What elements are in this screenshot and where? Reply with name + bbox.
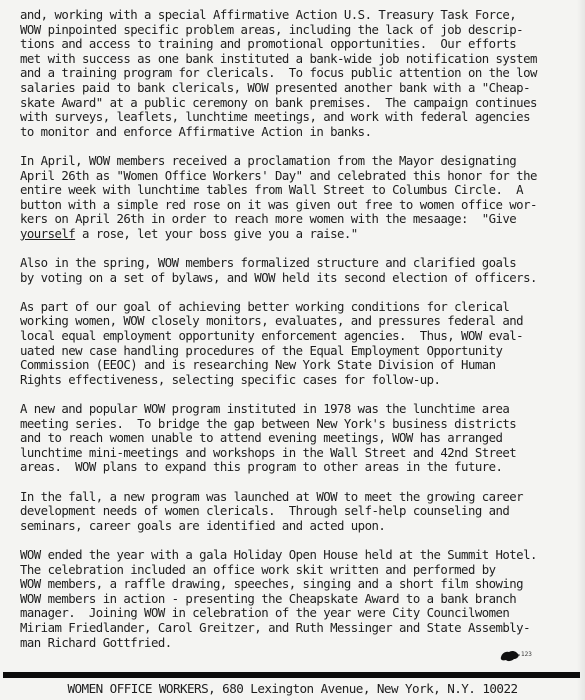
text-line: As part of our goal of achieving better …	[20, 300, 569, 315]
text-line: and to reach women unable to attend even…	[20, 431, 569, 446]
text-line: Also in the spring, WOW members formaliz…	[20, 256, 569, 271]
text-line: button with a simple red rose on it was …	[20, 198, 569, 213]
paragraph: A new and popular WOW program instituted…	[20, 402, 580, 475]
paragraph: In the fall, a new program was launched …	[20, 490, 580, 534]
footer-address: WOMEN OFFICE WORKERS, 680 Lexington Aven…	[0, 681, 585, 696]
paragraph: As part of our goal of achieving better …	[20, 300, 580, 388]
text-line: to monitor and enforce Affirmative Actio…	[20, 125, 569, 140]
text-line: skate Award" at a public ceremony on ban…	[20, 96, 569, 111]
text-line: WOW pinpointed specific problem areas, i…	[20, 23, 569, 38]
page-mark: 123	[521, 651, 532, 658]
text-line: tions and access to training and promoti…	[20, 37, 569, 52]
paragraph: WOW ended the year with a gala Holiday O…	[20, 548, 580, 650]
text-line: manager. Joining WOW in celebration of t…	[20, 606, 569, 621]
text-line: Commission (EEOC) and is researching New…	[20, 358, 569, 373]
text-line: In April, WOW members received a proclam…	[20, 154, 569, 169]
line-rest: a rose, let your boss give you a raise."	[75, 226, 358, 241]
text-line: seminars, career goals are identified an…	[20, 519, 569, 534]
text-line: April 26th as "Women Office Workers' Day…	[20, 169, 569, 184]
text-line: man Richard Gottfried.	[20, 636, 569, 651]
text-line: WOW members, a raffle drawing, speeches,…	[20, 577, 569, 592]
text-line: lunchtime mini-meetings and workshops in…	[20, 446, 569, 461]
text-line: development needs of women clericals. Th…	[20, 504, 569, 519]
text-line: with surveys, leaflets, lunchtime meetin…	[20, 110, 569, 125]
text-line: uated new case handling procedures of th…	[20, 344, 569, 359]
text-line: entire week with lunchtime tables from W…	[20, 183, 569, 198]
text-line: Miriam Friedlander, Carol Greitzer, and …	[20, 621, 569, 636]
text-line: yourself a rose, let your boss give you …	[20, 227, 569, 242]
text-line: kers on April 26th in order to reach mor…	[20, 212, 569, 227]
text-line: Rights effectiveness, selecting specific…	[20, 373, 569, 388]
document-body: and, working with a special Affirmative …	[20, 8, 580, 665]
text-line: by voting on a set of bylaws, and WOW he…	[20, 271, 569, 286]
text-line: areas. WOW plans to expand this program …	[20, 460, 569, 475]
text-line: WOW ended the year with a gala Holiday O…	[20, 548, 569, 563]
text-line: salaries paid to bank clericals, WOW pre…	[20, 81, 569, 96]
paragraph: Also in the spring, WOW members formaliz…	[20, 256, 580, 285]
text-line: WOW members in action - presenting the C…	[20, 592, 569, 607]
text-line: A new and popular WOW program instituted…	[20, 402, 569, 417]
paragraph: In April, WOW members received a proclam…	[20, 154, 580, 242]
text-line: and a training program for clericals. To…	[20, 66, 569, 81]
underlined-word: yourself	[20, 226, 75, 241]
text-line: working women, WOW closely monitors, eva…	[20, 314, 569, 329]
footer-divider	[3, 672, 580, 678]
text-line: In the fall, a new program was launched …	[20, 490, 569, 505]
paragraph: and, working with a special Affirmative …	[20, 8, 580, 139]
text-line: The celebration included an office work …	[20, 563, 569, 578]
text-line: meeting series. To bridge the gap betwee…	[20, 417, 569, 432]
ink-blot-icon	[500, 650, 520, 662]
text-line: local equal employment opportunity enfor…	[20, 329, 569, 344]
text-line: and, working with a special Affirmative …	[20, 8, 569, 23]
text-line: met with success as one bank instituted …	[20, 52, 569, 67]
